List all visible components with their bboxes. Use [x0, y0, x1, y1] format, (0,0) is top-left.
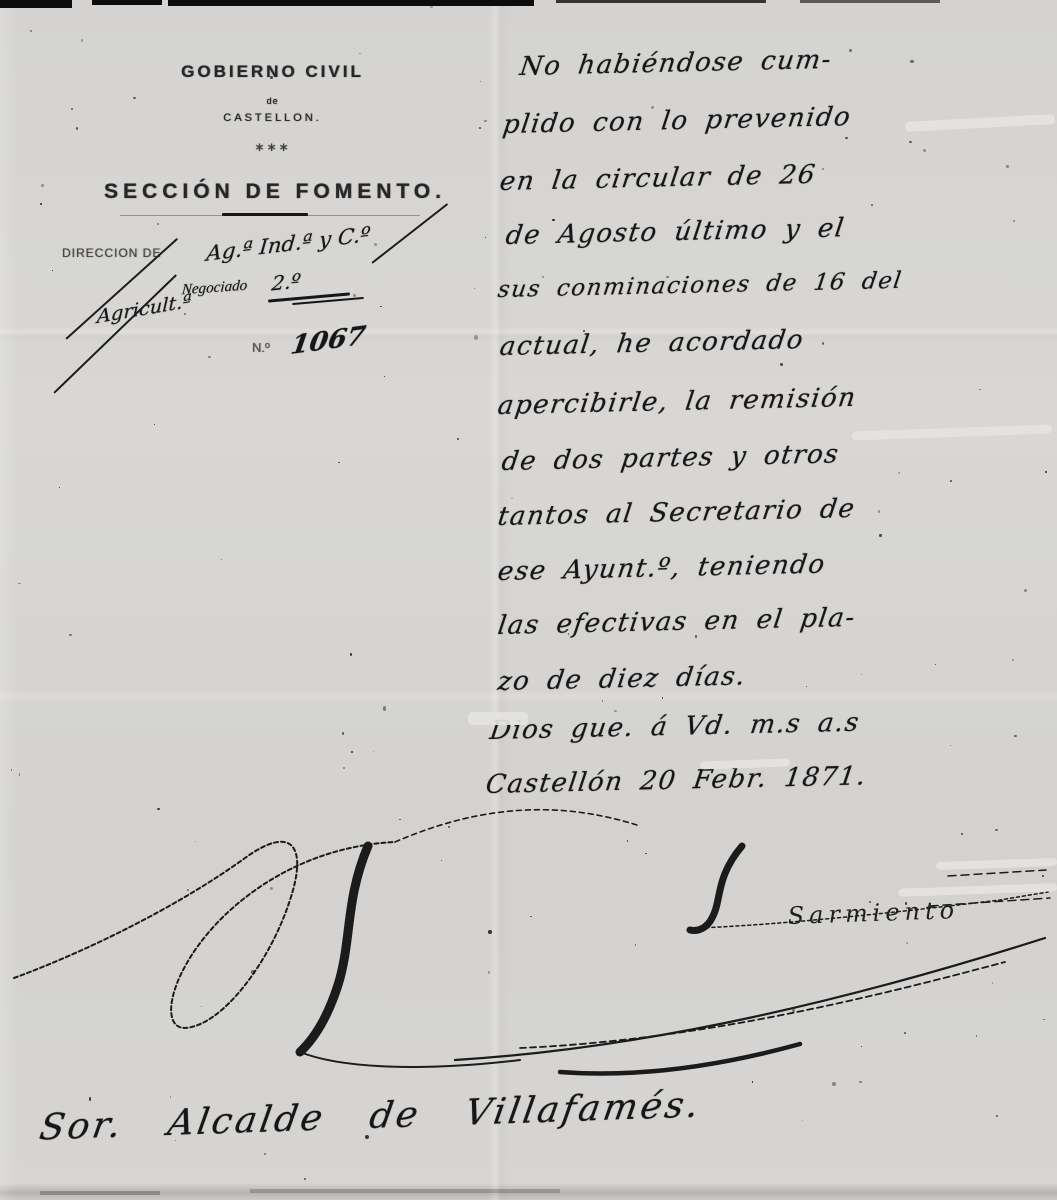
- noise-dot: [822, 342, 825, 345]
- noise-dot: [201, 1006, 202, 1007]
- noise-dot: [1012, 659, 1014, 661]
- noise-dot: [950, 480, 952, 482]
- noise-dot: [832, 1082, 836, 1086]
- signature-flourish: Sarmiento: [0, 0, 1057, 1200]
- noise-dot: [474, 335, 478, 340]
- noise-dot: [651, 106, 654, 109]
- noise-dot: [695, 635, 698, 638]
- noise-dot: [157, 808, 159, 811]
- noise-dot: [380, 306, 382, 308]
- noise-dot: [583, 777, 585, 779]
- noise-dot: [170, 1096, 171, 1098]
- noise-dot: [871, 204, 873, 206]
- scan-streak: [468, 712, 528, 725]
- noise-dot: [822, 168, 824, 170]
- noise-dot: [81, 39, 84, 42]
- noise-dot: [614, 710, 617, 712]
- noise-dot: [195, 841, 196, 842]
- noise-dot: [748, 331, 750, 333]
- noise-dot: [806, 686, 807, 687]
- noise-dot: [374, 243, 376, 245]
- noise-dot: [583, 330, 585, 332]
- noise-dot: [448, 826, 450, 828]
- scanned-letter-page: GOBIERNO CIVIL de CASTELLON. ∗∗∗ SECCIÓN…: [0, 0, 1057, 1200]
- noise-dot: [270, 76, 272, 78]
- noise-dot: [184, 313, 186, 315]
- noise-dot: [1013, 220, 1015, 221]
- noise-dot: [52, 270, 53, 271]
- signature-name: Sarmiento: [787, 896, 959, 930]
- noise-dot: [898, 472, 900, 474]
- noise-dot: [351, 751, 353, 754]
- noise-dot: [568, 633, 569, 634]
- noise-dot: [488, 971, 490, 973]
- noise-dot: [712, 732, 714, 734]
- noise-dot: [910, 60, 914, 64]
- noise-dot: [1006, 165, 1008, 168]
- noise-dot: [780, 363, 783, 366]
- noise-dot: [488, 930, 491, 934]
- noise-dot: [923, 149, 926, 152]
- noise-dot: [542, 276, 544, 277]
- noise-dot: [995, 829, 997, 832]
- noise-dot: [905, 902, 907, 904]
- noise-dot: [1014, 735, 1017, 737]
- noise-dot: [30, 30, 32, 32]
- noise-dot: [961, 833, 963, 835]
- noise-dot: [304, 1178, 306, 1180]
- noise-dot: [1042, 875, 1044, 877]
- noise-dot: [909, 141, 911, 143]
- noise-dot: [552, 219, 554, 221]
- noise-dot: [133, 97, 135, 100]
- noise-dot: [208, 356, 210, 358]
- noise-dot: [343, 767, 346, 769]
- noise-dot: [849, 49, 851, 52]
- noise-dot: [383, 706, 386, 710]
- noise-dot: [264, 1153, 266, 1155]
- noise-dot: [338, 462, 340, 463]
- noise-dot: [479, 127, 481, 129]
- noise-dot: [792, 1009, 794, 1012]
- noise-dot: [904, 1032, 906, 1034]
- noise-dot: [485, 237, 486, 238]
